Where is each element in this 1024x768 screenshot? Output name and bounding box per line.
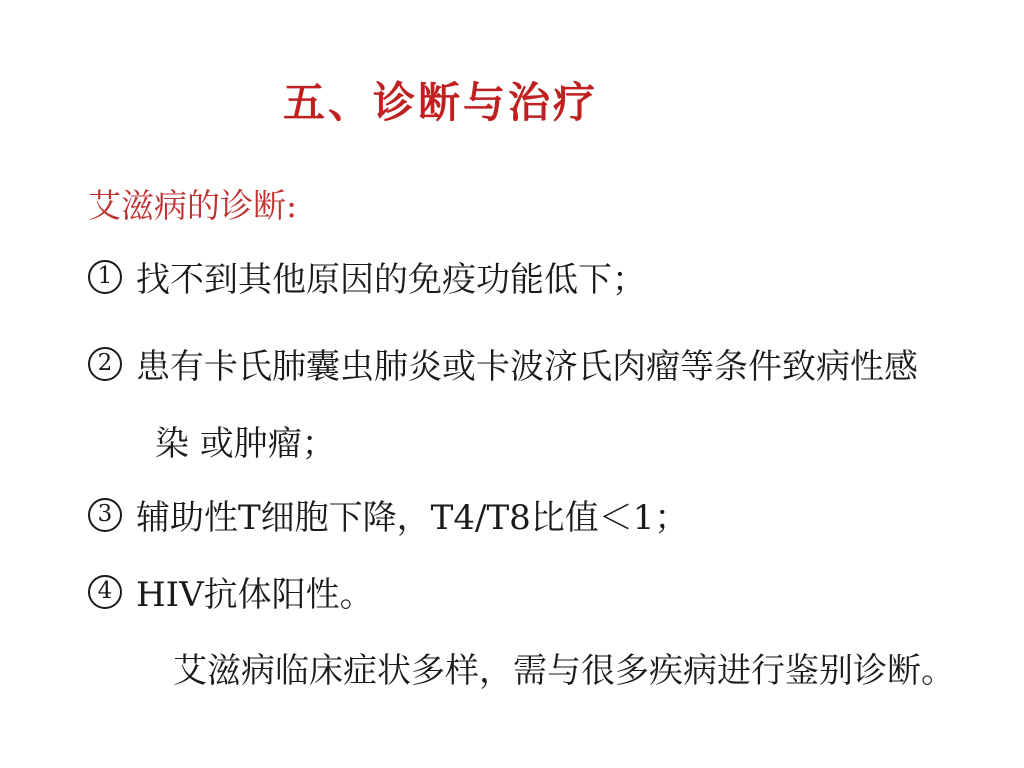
closing-remark: 艾滋病临床症状多样，需与很多疾病进行鉴别诊断。 bbox=[173, 643, 955, 692]
list-item-text: 患有卡氏肺囊虫肺炎或卡波济氏肉瘤等条件致病性感 bbox=[136, 339, 918, 388]
circled-number-icon: 4 bbox=[88, 575, 122, 609]
list-item-text: HIV抗体阳性。 bbox=[136, 567, 374, 616]
circled-number-icon: 3 bbox=[88, 498, 122, 532]
circled-number-icon: 1 bbox=[88, 260, 122, 294]
list-item: 1 找不到其他原因的免疫功能低下； bbox=[88, 252, 646, 301]
list-item: 3 辅助性T细胞下降，T4/T8比值＜1； bbox=[88, 490, 688, 539]
list-item: 2 患有卡氏肺囊虫肺炎或卡波济氏肉瘤等条件致病性感 bbox=[88, 339, 918, 388]
slide-subtitle: 艾滋病的诊断: bbox=[88, 180, 297, 227]
slide-title: 五、诊断与治疗 bbox=[283, 70, 598, 130]
list-item-text: 辅助性T细胞下降，T4/T8比值＜1； bbox=[136, 490, 688, 539]
slide: 五、诊断与治疗 艾滋病的诊断: 1 找不到其他原因的免疫功能低下； 2 患有卡氏… bbox=[0, 0, 1024, 768]
circled-number-icon: 2 bbox=[88, 347, 122, 381]
list-item-text: 找不到其他原因的免疫功能低下； bbox=[136, 252, 646, 301]
list-item-continuation: 染 或肿瘤； bbox=[155, 416, 336, 465]
list-item: 4 HIV抗体阳性。 bbox=[88, 567, 374, 616]
